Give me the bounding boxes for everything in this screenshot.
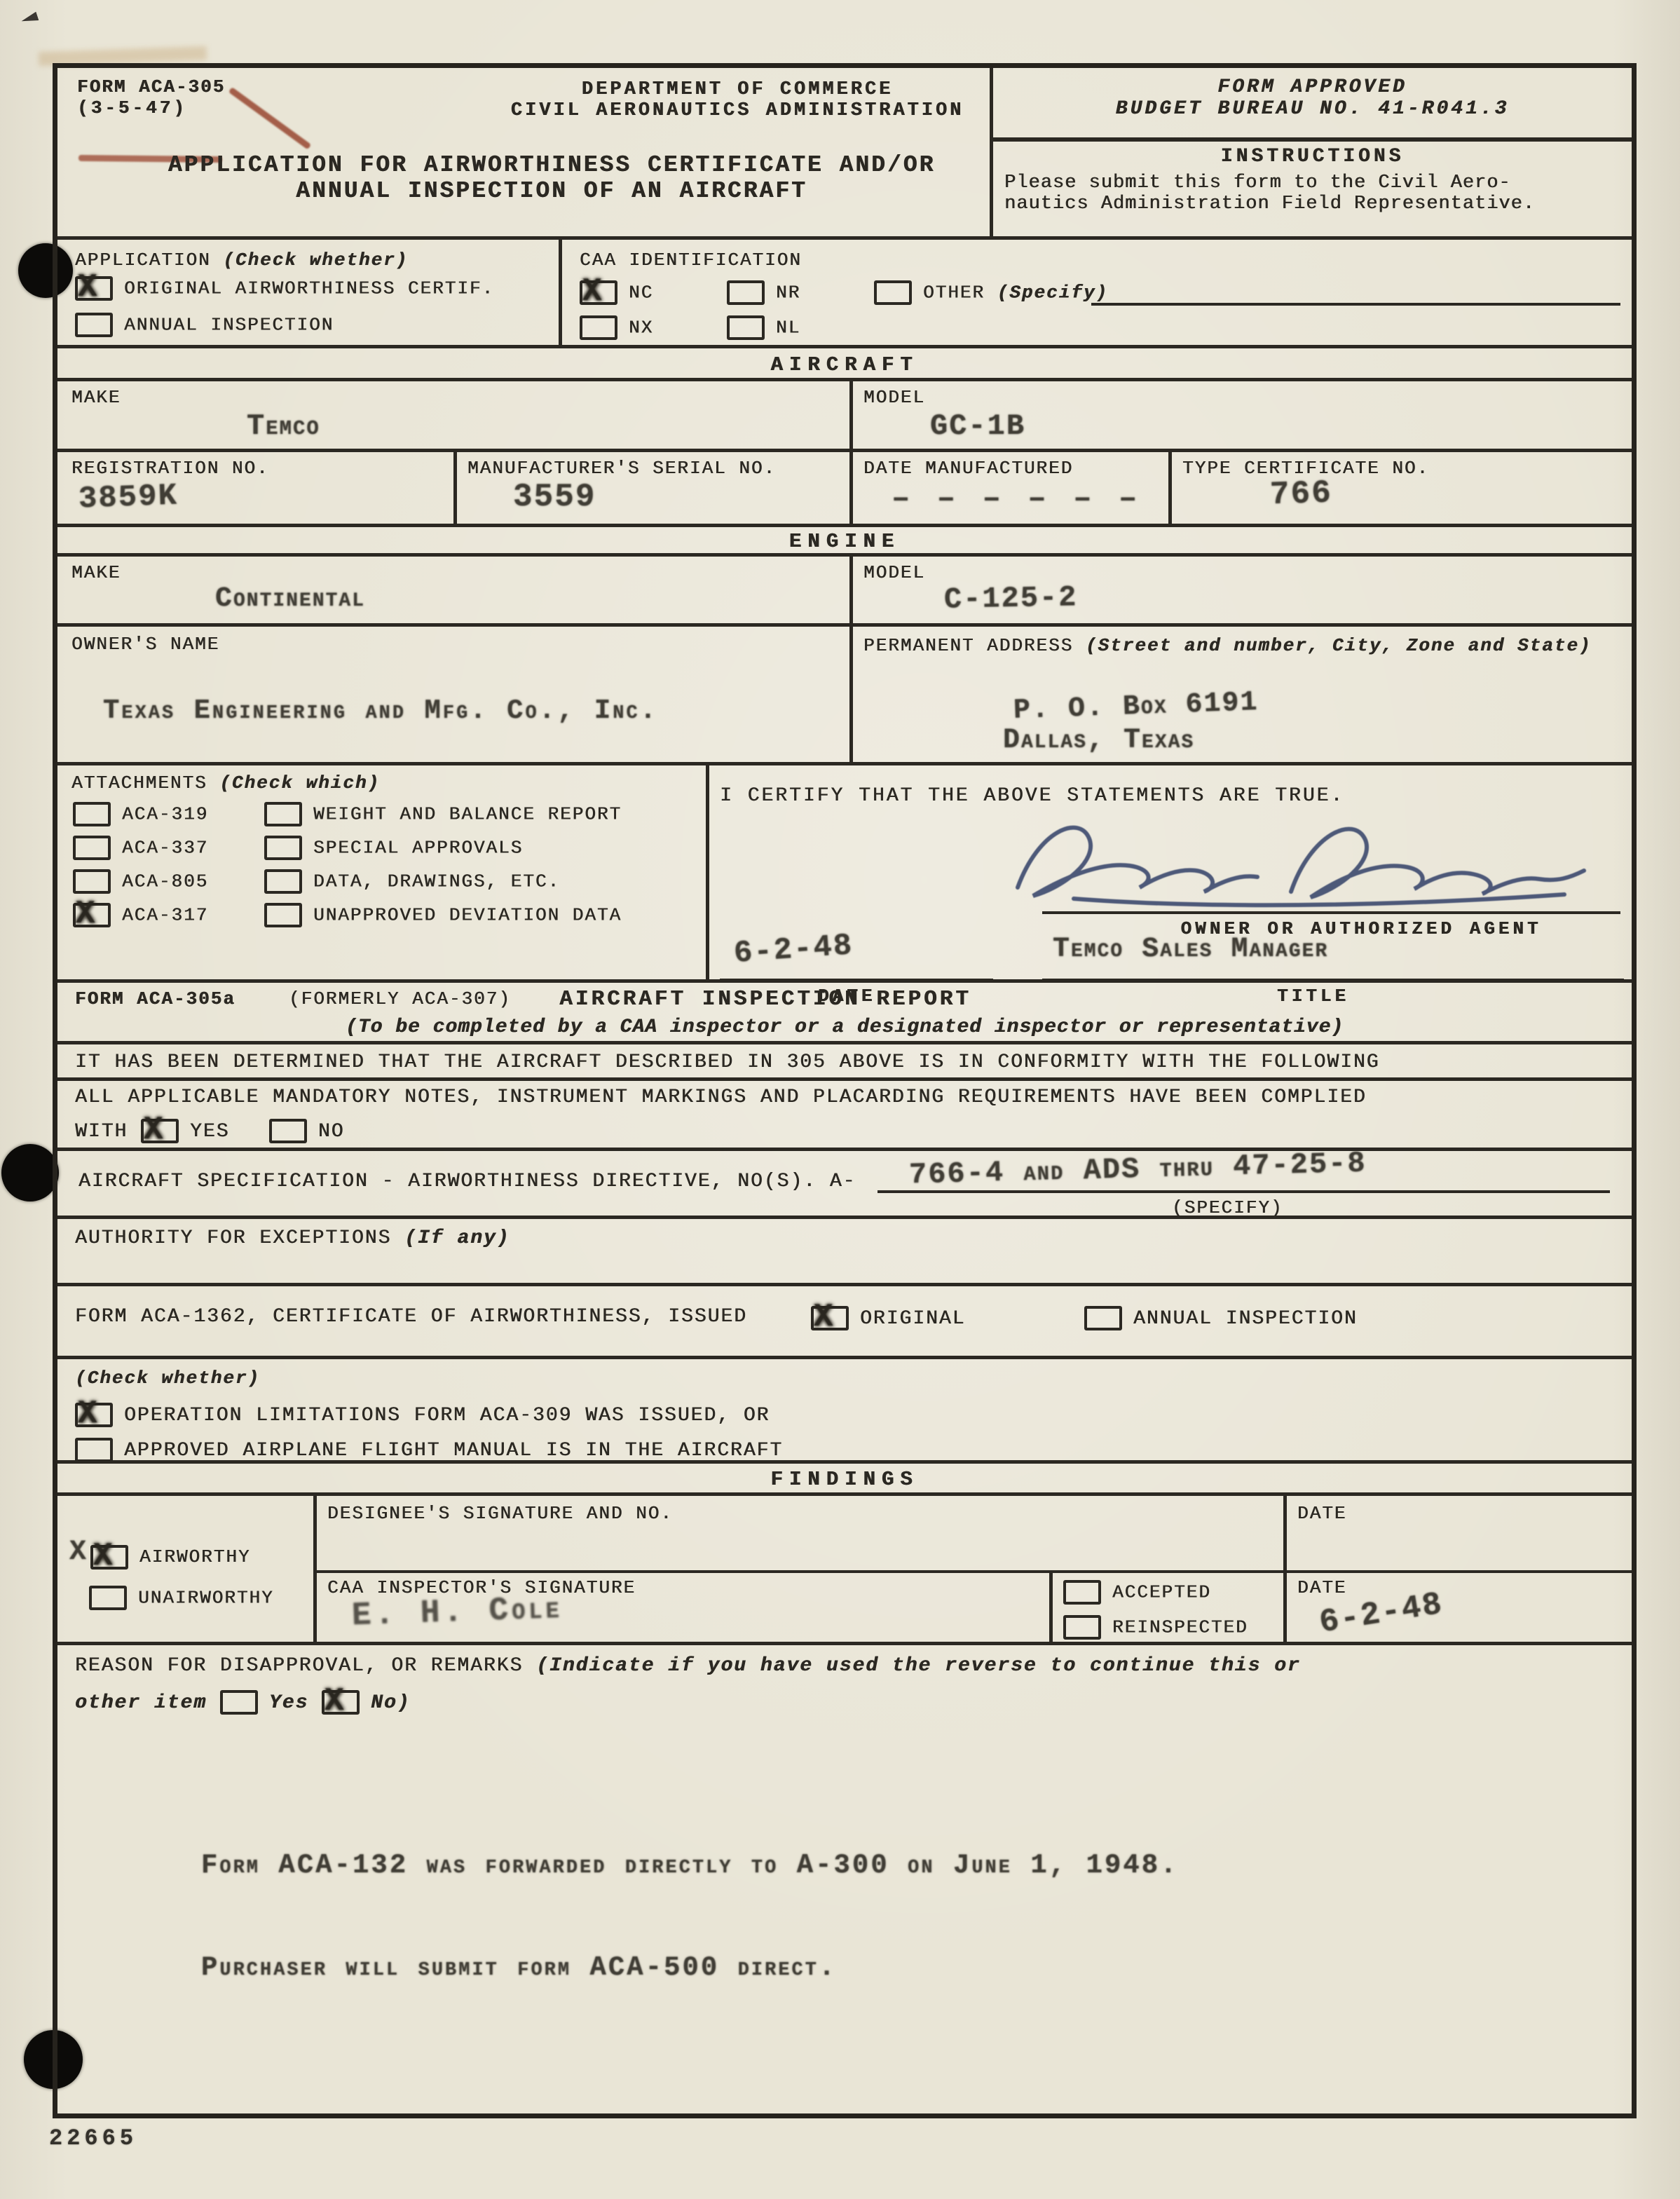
hole-punch-middle — [1, 1144, 59, 1201]
annual-inspection-label: ANNUAL INSPECTION — [124, 314, 334, 335]
nc-label: NC — [629, 282, 653, 303]
inspector-date-label: DATE — [1297, 1577, 1346, 1598]
unapproved-deviation-checkbox[interactable] — [264, 903, 302, 927]
form-border: FORM ACA-305 (3-5-47) DEPARTMENT OF COMM… — [53, 63, 1637, 2118]
aca-805-label: ACA-805 — [122, 871, 208, 892]
nr-label: NR — [776, 282, 800, 303]
aca-319-checkbox[interactable] — [73, 802, 111, 826]
permanent-address-label: PERMANENT ADDRESS (Street and number, Ci… — [863, 634, 1620, 658]
corner-mark — [20, 12, 39, 26]
aircraft-model-value[interactable]: GC-1B — [930, 409, 1025, 443]
aircraft-section-title: AIRCRAFT — [57, 348, 1632, 376]
remarks-label-line2: other item — [75, 1692, 207, 1714]
form-305a-label: FORM ACA-305a — [75, 988, 235, 1009]
reverse-yes-checkbox[interactable] — [220, 1690, 258, 1715]
scanned-form-page: FORM ACA-305 (3-5-47) DEPARTMENT OF COMM… — [0, 0, 1680, 2199]
compliance-yes-checkbox[interactable] — [141, 1119, 179, 1143]
reinspected-label: REINSPECTED — [1112, 1616, 1248, 1638]
registration-value[interactable]: 3859K — [78, 479, 179, 517]
data-drawings-checkbox[interactable] — [264, 869, 302, 894]
accepted-label: ACCEPTED — [1112, 1581, 1211, 1602]
remarks-label-line1: REASON FOR DISAPPROVAL, OR REMARKS (Indi… — [75, 1655, 1301, 1677]
aca1362-row: FORM ACA-1362, CERTIFICATE OF AIRWORTHIN… — [57, 1286, 1632, 1359]
determination-row: IT HAS BEEN DETERMINED THAT THE AIRCRAFT… — [57, 1044, 1632, 1081]
flight-manual-checkbox[interactable] — [75, 1438, 113, 1462]
inspection-report-header: FORM ACA-305a (FORMERLY ACA-307) AIRCRAF… — [57, 983, 1632, 1044]
airworthy-label: AIRWORTHY — [139, 1546, 250, 1567]
flight-manual-label: APPROVED AIRPLANE FLIGHT MANUAL IS IN TH… — [124, 1440, 783, 1462]
annual-inspection-checkbox[interactable] — [75, 313, 113, 337]
application-row: APPLICATION (Check whether) ORIGINAL AIR… — [57, 240, 1632, 348]
compliance-with-label: WITH — [75, 1121, 128, 1143]
aircraft-band: AIRCRAFT — [57, 348, 1632, 381]
aca-337-checkbox[interactable] — [73, 836, 111, 860]
compliance-yes-label: YES — [190, 1121, 229, 1143]
certify-statement: I CERTIFY THAT THE ABOVE STATEMENTS ARE … — [720, 785, 1344, 807]
aca1362-label: FORM ACA-1362, CERTIFICATE OF AIRWORTHIN… — [75, 1306, 747, 1328]
operation-limitations-checkbox[interactable] — [75, 1403, 113, 1427]
accepted-checkbox[interactable] — [1063, 1580, 1101, 1605]
determination-text: IT HAS BEEN DETERMINED THAT THE AIRCRAFT… — [75, 1051, 1379, 1073]
engine-make-value[interactable]: Continental — [215, 583, 365, 615]
owner-name-label: OWNER'S NAME — [71, 634, 219, 655]
issued-annual-label: ANNUAL INSPECTION — [1133, 1308, 1358, 1330]
spec-row: AIRCRAFT SPECIFICATION - AIRWORTHINESS D… — [57, 1151, 1632, 1219]
special-approvals-label: SPECIAL APPROVALS — [313, 837, 523, 858]
nx-checkbox[interactable] — [580, 315, 617, 340]
page-title: APPLICATION FOR AIRWORTHINESS CERTIFICAT… — [135, 152, 969, 204]
airworthy-extra-x-mark: X — [69, 1537, 88, 1568]
registration-label: REGISTRATION NO. — [71, 458, 269, 479]
issued-annual-checkbox[interactable] — [1084, 1306, 1122, 1330]
form-approved-box: FORM APPROVED BUDGET BUREAU NO. 41-R041.… — [993, 68, 1632, 142]
exceptions-row: AUTHORITY FOR EXCEPTIONS (If any) — [57, 1219, 1632, 1286]
engine-band: ENGINE — [57, 527, 1632, 557]
findings-section-title: FINDINGS — [57, 1464, 1632, 1491]
data-drawings-label: DATA, DRAWINGS, ETC. — [313, 871, 560, 892]
aca-337-label: ACA-337 — [122, 837, 208, 858]
instructions-title: INSTRUCTIONS — [993, 146, 1632, 168]
date-manufactured-label: DATE MANUFACTURED — [863, 458, 1073, 479]
accepted-col-divider — [1049, 1570, 1053, 1642]
findings-band: FINDINGS — [57, 1464, 1632, 1496]
other-label: OTHER — [923, 282, 985, 303]
signature-line[interactable] — [1042, 886, 1620, 914]
engine-model-label: MODEL — [863, 562, 925, 583]
department-heading: DEPARTMENT OF COMMERCE CIVIL AERONAUTICS… — [492, 79, 983, 121]
original-airworthiness-label: ORIGINAL AIRWORTHINESS CERTIF. — [124, 278, 494, 299]
compliance-no-label: NO — [318, 1121, 345, 1143]
nx-label: NX — [629, 317, 653, 338]
unapproved-deviation-label: UNAPPROVED DEVIATION DATA — [313, 904, 622, 925]
owner-row: OWNER'S NAME Texas Engineering and Mfg. … — [57, 627, 1632, 765]
findings-table: XAIRWORTHY UNAIRWORTHY DESIGNEE'S SIGNAT… — [57, 1496, 1632, 1645]
designee-signature-label: DESIGNEE'S SIGNATURE AND NO. — [327, 1503, 673, 1524]
type-certificate-value[interactable]: 766 — [1269, 475, 1333, 513]
weight-balance-label: WEIGHT AND BALANCE REPORT — [313, 803, 622, 824]
aca-805-checkbox[interactable] — [73, 869, 111, 894]
attachments-label: ATTACHMENTS (Check which) — [71, 772, 380, 794]
date-manufactured-value[interactable]: – – – – – – — [892, 482, 1141, 517]
remark-line1[interactable]: Form ACA-132 was forwarded directly to A… — [201, 1850, 1179, 1881]
form-approved-text: FORM APPROVED BUDGET BUREAU NO. 41-R041.… — [993, 76, 1632, 120]
reverse-no-label: No — [371, 1692, 397, 1714]
special-approvals-checkbox[interactable] — [264, 836, 302, 860]
aca-317-label: ACA-317 — [122, 904, 208, 925]
spec-line[interactable] — [877, 1165, 1610, 1193]
reverse-no-checkbox[interactable] — [322, 1690, 360, 1715]
attachments-row: ATTACHMENTS (Check which) ACA-319 WEIGHT… — [57, 765, 1632, 983]
form-number: FORM ACA-305 (3-5-47) — [77, 76, 225, 118]
reinspected-checkbox[interactable] — [1063, 1615, 1101, 1640]
issued-original-checkbox[interactable] — [811, 1306, 849, 1330]
designee-date-label: DATE — [1297, 1503, 1346, 1524]
operation-limitations-label: OPERATION LIMITATIONS FORM ACA-309 WAS I… — [124, 1405, 770, 1427]
header-row: FORM ACA-305 (3-5-47) DEPARTMENT OF COMM… — [57, 68, 1632, 240]
owner-name-value[interactable]: Texas Engineering and Mfg. Co., Inc. — [103, 695, 658, 726]
remarks-close-paren: ) — [397, 1692, 411, 1714]
aircraft-model-label: MODEL — [863, 387, 925, 408]
other-checkbox[interactable] — [874, 280, 912, 305]
inspection-report-subtitle: (To be completed by a CAA inspector or a… — [57, 1016, 1632, 1038]
nl-checkbox[interactable] — [727, 315, 765, 340]
nl-label: NL — [776, 317, 800, 338]
engine-model-value[interactable]: C-125-2 — [944, 580, 1078, 616]
inspection-report-title: AIRCRAFT INSPECTION REPORT — [450, 987, 1081, 1012]
compliance-no-checkbox[interactable] — [269, 1119, 307, 1143]
stamp-number: 22665 — [49, 2125, 137, 2151]
specify-label: (SPECIFY) — [1172, 1197, 1283, 1218]
original-airworthiness-checkbox[interactable] — [75, 276, 113, 301]
other-specify-line[interactable] — [1091, 280, 1620, 306]
aircraft-make-value[interactable]: Temco — [247, 409, 320, 443]
serial-value[interactable]: 3559 — [513, 479, 596, 515]
certify-title-line[interactable] — [1042, 953, 1624, 981]
instructions-box: INSTRUCTIONS Please submit this form to … — [993, 142, 1632, 236]
compliance-row: ALL APPLICABLE MANDATORY NOTES, INSTRUME… — [57, 1081, 1632, 1151]
exceptions-label: AUTHORITY FOR EXCEPTIONS (If any) — [75, 1227, 510, 1249]
owner-address-line2[interactable]: Dallas, Texas — [1003, 725, 1194, 756]
aircraft-make-label: MAKE — [71, 387, 121, 408]
aircraft-make-row: MAKE Temco MODEL GC-1B — [57, 381, 1632, 452]
reverse-yes-label: Yes — [269, 1692, 308, 1714]
nr-checkbox[interactable] — [727, 280, 765, 305]
instructions-body: Please submit this form to the Civil Aer… — [1004, 172, 1632, 215]
unairworthy-label: UNAIRWORTHY — [138, 1587, 274, 1608]
findings-row-divider — [313, 1570, 1632, 1573]
compliance-text: ALL APPLICABLE MANDATORY NOTES, INSTRUME… — [75, 1087, 1367, 1108]
caa-identification-label: CAA IDENTIFICATION — [580, 250, 802, 271]
serial-label: MANUFACTURER'S SERIAL NO. — [467, 458, 776, 479]
aircraft-detail-row: REGISTRATION NO. 3859K MANUFACTURER'S SE… — [57, 452, 1632, 527]
remark-line2[interactable]: Purchaser will submit form ACA-500 direc… — [201, 1952, 837, 1983]
engine-make-row: MAKE Continental MODEL C-125-2 — [57, 557, 1632, 627]
nc-checkbox[interactable] — [580, 280, 617, 305]
unairworthy-checkbox[interactable] — [89, 1586, 127, 1610]
check-whether-row: (Check whether) OPERATION LIMITATIONS FO… — [57, 1359, 1632, 1464]
application-label: APPLICATION (Check whether) — [75, 250, 408, 271]
inspector-signature-value[interactable]: E. H. Cole — [351, 1591, 563, 1634]
engine-make-label: MAKE — [71, 562, 121, 583]
certify-date-line[interactable] — [720, 953, 993, 981]
aca-319-label: ACA-319 — [122, 803, 208, 824]
issued-original-label: ORIGINAL — [860, 1308, 965, 1330]
airworthy-checkbox[interactable] — [90, 1545, 128, 1570]
engine-section-title: ENGINE — [57, 527, 1632, 553]
spec-label: AIRCRAFT SPECIFICATION - AIRWORTHINESS D… — [78, 1171, 856, 1192]
aca-317-checkbox[interactable] — [73, 903, 111, 927]
remarks-row: REASON FOR DISAPPROVAL, OR REMARKS (Indi… — [57, 1645, 1632, 2123]
application-divider — [559, 240, 562, 345]
weight-balance-checkbox[interactable] — [264, 802, 302, 826]
check-whether-label: (Check whether) — [75, 1368, 260, 1389]
owner-address-line1[interactable]: P. O. Box 6191 — [1013, 687, 1259, 727]
